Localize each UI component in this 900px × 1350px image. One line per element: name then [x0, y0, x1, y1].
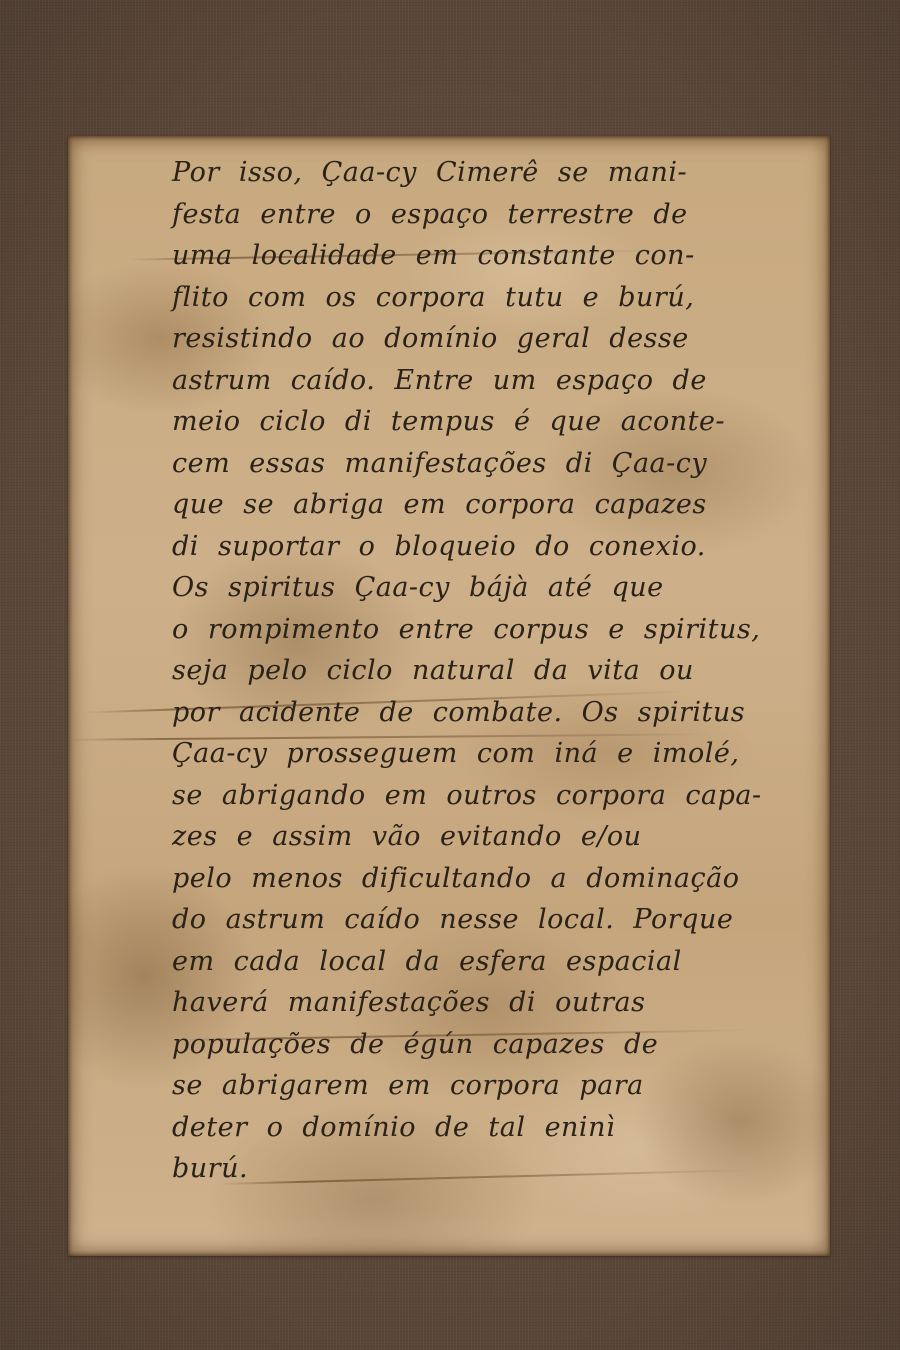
manuscript-line: seja pelo ciclo natural da vita ou: [172, 650, 832, 692]
manuscript-line: di suportar o bloqueio do conexio.: [172, 526, 832, 568]
manuscript-line: haverá manifestações di outras: [172, 982, 832, 1024]
manuscript-line: pelo menos dificultando a dominação: [172, 858, 832, 900]
manuscript-line: que se abriga em corpora capazes: [172, 484, 832, 526]
manuscript-line: cem essas manifestações di Çaa-cy: [172, 443, 832, 485]
manuscript-line: meio ciclo di tempus é que aconte-: [172, 401, 832, 443]
manuscript-line: do astrum caído nesse local. Porque: [172, 899, 832, 941]
manuscript-line: o rompimento entre corpus e spiritus,: [172, 609, 832, 651]
manuscript-line: Os spiritus Çaa-cy bájà até que: [172, 567, 832, 609]
manuscript-line: deter o domínio de tal eninì: [172, 1107, 832, 1149]
manuscript-line: se abrigarem em corpora para: [172, 1065, 832, 1107]
manuscript-line: populações de égún capazes de: [172, 1024, 832, 1066]
manuscript-line: festa entre o espaço terrestre de: [172, 194, 832, 236]
manuscript-line: em cada local da esfera espacial: [172, 941, 832, 983]
manuscript-line: uma localidade em constante con-: [172, 235, 832, 277]
manuscript-line: se abrigando em outros corpora capa-: [172, 775, 832, 817]
manuscript-line: Çaa-cy prosseguem com iná e imolé,: [172, 733, 832, 775]
manuscript-line: zes e assim vão evitando e/ou: [172, 816, 832, 858]
handwritten-text: Por isso, Çaa-cy Cimerê se mani- festa e…: [172, 152, 832, 1190]
manuscript-line: flito com os corpora tutu e burú,: [172, 277, 832, 319]
manuscript-line: burú.: [172, 1148, 832, 1190]
manuscript-line: resistindo ao domínio geral desse: [172, 318, 832, 360]
manuscript-line: Por isso, Çaa-cy Cimerê se mani-: [172, 152, 832, 194]
manuscript-line: por acidente de combate. Os spiritus: [172, 692, 832, 734]
manuscript-line: astrum caído. Entre um espaço de: [172, 360, 832, 402]
